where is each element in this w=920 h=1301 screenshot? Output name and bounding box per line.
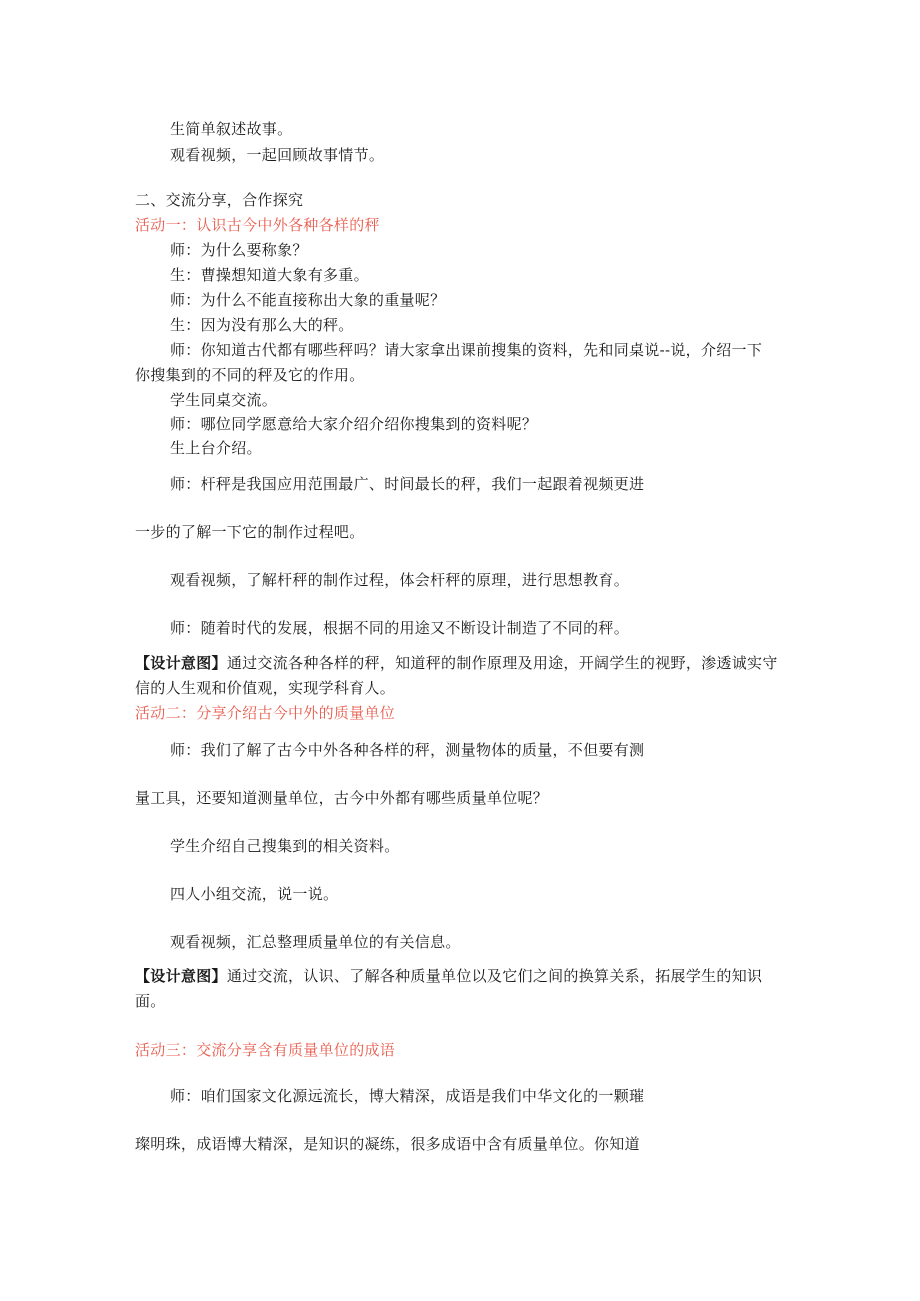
- dialogue-line: 师：为什么不能直接称出大象的重量呢？: [170, 290, 445, 310]
- dialogue-line: 师：你知道古代都有哪些秤吗？请大家拿出课前搜集的资料，先和同桌说--说，介绍一下: [170, 340, 762, 360]
- dialogue-line-continued: 一步的了解一下它的制作过程吧。: [135, 522, 365, 542]
- dialogue-line: 师：随着时代的发展，根据不同的用途又不断设计制造了不同的秤。: [170, 618, 629, 638]
- activity-heading-3: 活动三：交流分享含有质量单位的成语: [135, 1040, 395, 1060]
- paragraph: 观看视频，了解杆秤的制作过程，体会杆秤的原理，进行思想教育。: [170, 570, 629, 590]
- paragraph: 观看视频，汇总整理质量单位的有关信息。: [170, 932, 461, 952]
- paragraph: 学生介绍自己搜集到的相关资料。: [170, 836, 400, 856]
- design-intent-continued: 面。: [135, 991, 166, 1011]
- dialogue-line-continued: 璨明珠，成语博大精深，是知识的凝练，很多成语中含有质量单位。你知道: [135, 1134, 640, 1154]
- dialogue-line: 师：为什么要称象？: [170, 240, 308, 260]
- dialogue-line: 师：哪位同学愿意给大家介绍介绍你搜集到的资料呢？: [170, 414, 537, 434]
- paragraph: 生简单叙述故事。: [170, 119, 292, 139]
- activity-heading-1: 活动一：认识古今中外各种各样的秤: [135, 215, 380, 235]
- dialogue-line-continued: 你搜集到的不同的秤及它的作用。: [135, 365, 365, 385]
- design-intent: 【设计意图】通过交流，认识、了解各种质量单位以及它们之间的换算关系，拓展学生的知…: [135, 966, 762, 986]
- dialogue-line: 师：咱们国家文化源远流长，博大精深，成语是我们中华文化的一颗璀: [170, 1086, 644, 1106]
- paragraph: 生上台介绍。: [170, 438, 262, 458]
- paragraph: 学生同桌交流。: [170, 390, 277, 410]
- paragraph: 观看视频，一起回顾故事情节。: [170, 145, 384, 165]
- document-page: 生简单叙述故事。 观看视频，一起回顾故事情节。 二、交流分享，合作探究 活动一：…: [0, 0, 920, 1301]
- dialogue-line: 师：我们了解了古今中外各种各样的秤，测量物体的质量，不但要有测: [170, 740, 644, 760]
- dialogue-line: 师：杆秤是我国应用范围最广、时间最长的秤，我们一起跟着视频更进: [170, 474, 644, 494]
- section-heading: 二、交流分享，合作探究: [135, 190, 303, 210]
- design-intent-tag: 【设计意图】: [135, 654, 227, 672]
- activity-heading-2: 活动二：分享介绍古今中外的质量单位: [135, 703, 395, 723]
- design-intent-continued: 信的人生观和价值观，实现学科育人。: [135, 678, 395, 698]
- design-intent-text: 通过交流各种各样的秤，知道秤的制作原理及用途，开阔学生的视野，渗透诚实守: [227, 654, 778, 672]
- dialogue-line: 生：曹操想知道大象有多重。: [170, 265, 369, 285]
- design-intent: 【设计意图】通过交流各种各样的秤，知道秤的制作原理及用途，开阔学生的视野，渗透诚…: [135, 653, 778, 673]
- dialogue-line: 生：因为没有那么大的秤。: [170, 315, 354, 335]
- design-intent-text: 通过交流，认识、了解各种质量单位以及它们之间的换算关系，拓展学生的知识: [227, 967, 763, 985]
- paragraph: 四人小组交流，说一说。: [170, 884, 338, 904]
- dialogue-line-continued: 量工具，还要知道测量单位，古今中外都有哪些质量单位呢？: [135, 788, 548, 808]
- design-intent-tag: 【设计意图】: [135, 967, 227, 985]
